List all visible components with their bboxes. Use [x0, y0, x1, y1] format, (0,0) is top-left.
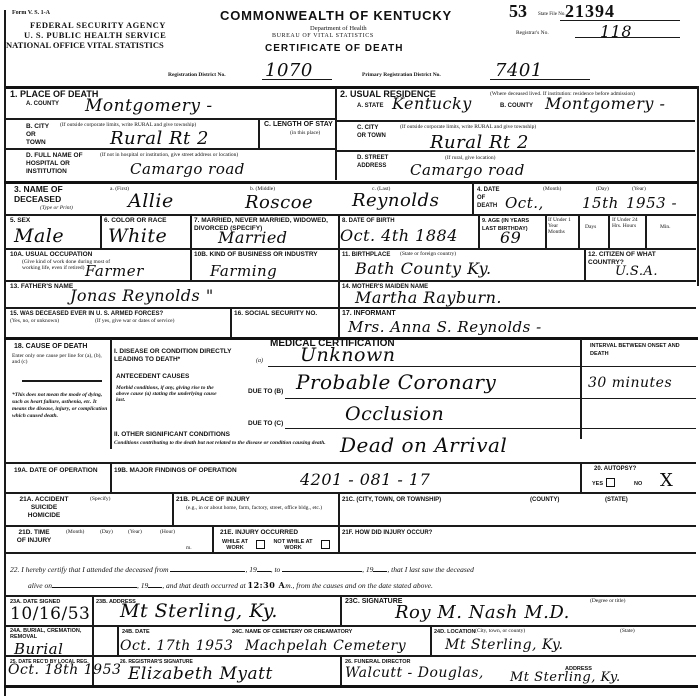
- middle-name[interactable]: Roscoe: [245, 192, 313, 213]
- how-injury-label: 21f. HOW DID INJURY OCCUR?: [342, 529, 432, 537]
- armed-forces-label: 15. WAS DECEASED EVER IN U. S. ARMED FOR…: [10, 310, 163, 318]
- death-city[interactable]: Rural Rt 2: [110, 128, 209, 149]
- age-months-label: If Under 1 Year Months: [548, 217, 574, 235]
- deceased-name-note: (Type or Print): [40, 205, 73, 211]
- state-file-label: State File No.: [538, 12, 566, 17]
- residence-state[interactable]: Kentucky: [392, 94, 472, 113]
- not-while-at-work-label: NOT WHILE AT WORK: [268, 539, 318, 551]
- residence-county-label: b. COUNTY: [500, 102, 533, 110]
- residence-city-note: (If outside corporate limits, write RURA…: [400, 124, 650, 130]
- operation-findings[interactable]: 4201 - 081 - 17: [300, 470, 430, 489]
- death-day-label: (Day): [596, 186, 609, 192]
- marital-status[interactable]: Married: [218, 228, 288, 247]
- injury-meridian: m.: [186, 545, 192, 551]
- race-label: 6. COLOR OR RACE: [104, 217, 166, 225]
- other-conditions[interactable]: Dead on Arrival: [340, 433, 507, 457]
- death-county[interactable]: Montgomery -: [85, 96, 213, 116]
- registrar-no[interactable]: 118: [600, 22, 632, 41]
- primary-district-label: Primary Registration District No.: [362, 72, 441, 78]
- informant-label: 17. INFORMANT: [342, 310, 396, 318]
- injury-time-label: 21d. TIME OF INJURY: [14, 529, 54, 545]
- injury-state-label: (STATE): [605, 496, 628, 504]
- certify-text-1d: , 19: [362, 565, 373, 574]
- first-name-label: a. (First): [110, 186, 129, 192]
- registrar-no-label: Registrar's No.: [516, 30, 549, 36]
- injury-city-label: 21c. (CITY, TOWN, OR TOWNSHIP): [342, 496, 441, 504]
- cause-a[interactable]: Unknown: [300, 344, 395, 366]
- father-label: 13. FATHER'S NAME: [10, 283, 73, 291]
- cemetery-label: 24c. NAME OF CEMETERY OR CREAMATORY: [232, 628, 352, 636]
- cause-of-death-label: 18. CAUSE OF DEATH: [14, 343, 87, 351]
- time-of-death[interactable]: 12:30 A: [248, 580, 286, 590]
- form-number: Form V. S. 1-A: [12, 10, 50, 16]
- injury-type-note: (Specify): [90, 496, 110, 502]
- cause-footnote: *This does not mean the mode of dying, s…: [12, 392, 108, 420]
- autopsy-no-checkbox[interactable]: X: [660, 470, 673, 491]
- not-while-at-work-checkbox[interactable]: [321, 540, 330, 549]
- length-of-stay-label: c. LENGTH OF STAY: [264, 121, 334, 129]
- hospital-label: d. FULL NAME OF HOSPITAL OR INSTITUTION: [26, 152, 106, 176]
- injury-place-label: 21b. PLACE OF INJURY: [176, 496, 250, 504]
- agency-line-3: NATIONAL OFFICE VITAL STATISTICS: [6, 40, 164, 50]
- death-month-label: (Month): [543, 186, 561, 192]
- age-min-label: Min.: [660, 224, 671, 230]
- bureau-line: BUREAU OF VITAL STATISTICS: [272, 33, 374, 39]
- director-address[interactable]: Mt Sterling, Ky.: [510, 670, 621, 685]
- business[interactable]: Farming: [210, 262, 277, 280]
- autopsy-yes-checkbox[interactable]: [606, 478, 615, 487]
- age-days-label: Days: [585, 224, 596, 230]
- cause-b[interactable]: Probable Coronary: [296, 370, 496, 394]
- residence-city-label: c. CITY OR TOWN: [357, 124, 387, 140]
- informant[interactable]: Mrs. Anna S. Reynolds -: [348, 318, 542, 336]
- ssn-label: 16. SOCIAL SECURITY NO.: [234, 310, 334, 318]
- document-title: COMMONWEALTH OF KENTUCKY: [220, 8, 452, 23]
- sex[interactable]: Male: [14, 225, 64, 247]
- mother-name[interactable]: Martha Rayburn.: [355, 288, 502, 307]
- injury-month-label: (Month): [66, 529, 84, 535]
- first-name[interactable]: Allie: [128, 190, 174, 212]
- certificate-title: CERTIFICATE OF DEATH: [265, 43, 404, 54]
- registration-district-label: Registration District No.: [168, 72, 226, 78]
- other-conditions-label: II. OTHER SIGNIFICANT CONDITIONS: [114, 431, 230, 439]
- signature-label: 23c. SIGNATURE: [345, 598, 402, 606]
- residence-street[interactable]: Camargo road: [410, 161, 525, 179]
- department-line: Department of Health: [310, 25, 367, 32]
- physician-signature[interactable]: Roy M. Nash M.D.: [395, 602, 570, 623]
- funeral-director[interactable]: Walcutt - Douglas,: [345, 665, 484, 681]
- residence-county[interactable]: Montgomery -: [545, 94, 665, 113]
- race[interactable]: White: [108, 225, 167, 247]
- injury-type-label: 21a. ACCIDENT SUICIDE HOMICIDE: [14, 496, 74, 520]
- death-day[interactable]: 15th: [582, 194, 619, 212]
- degree-label: (Degree or title): [590, 598, 625, 604]
- certifier-address[interactable]: Mt Sterling, Ky.: [120, 600, 278, 622]
- due-to-c-label: DUE TO (c): [248, 420, 283, 428]
- autopsy-label: 20. AUTOPSY?: [594, 465, 636, 473]
- sex-label: 5. SEX: [10, 217, 30, 225]
- occupation-label: 10a. USUAL OCCUPATION: [10, 251, 92, 259]
- burial-type-label: 24a. BURIAL, CREMATION, REMOVAL: [10, 628, 95, 640]
- certify-text-1: 22. I hereby certify that I attended the…: [10, 565, 169, 574]
- length-of-stay-note: (in this place): [290, 130, 320, 136]
- autopsy-no-label: NO: [634, 480, 642, 488]
- while-at-work-label: WHILE AT WORK: [217, 539, 253, 551]
- due-to-b-label: DUE TO (b): [248, 388, 283, 396]
- death-city-label: b. CITY OR TOWN: [26, 123, 56, 147]
- interval-b[interactable]: 30 minutes: [588, 375, 672, 391]
- hospital[interactable]: Camargo road: [130, 160, 245, 178]
- certify-text-1b: , 19: [245, 565, 256, 574]
- line-a-label: (a): [256, 358, 263, 364]
- age-hours-label: If Under 24 Hrs. Hours: [612, 217, 642, 229]
- location-state-label: (State): [620, 628, 635, 634]
- death-month[interactable]: Oct.,: [505, 194, 544, 212]
- cemetery-name[interactable]: Machpelah Cemetery: [245, 638, 406, 654]
- injury-county-label: (COUNTY): [530, 496, 559, 504]
- injury-year-label: (Year): [128, 529, 142, 535]
- age[interactable]: 69: [500, 228, 521, 247]
- state-file-prefix: 53: [509, 1, 527, 22]
- birthplace[interactable]: Bath County Ky.: [355, 259, 492, 278]
- cause-of-death-note: Enter only one cause per line for (a), (…: [12, 353, 107, 365]
- hospital-note: (If not in hospital or institution, give…: [100, 152, 330, 158]
- operation-findings-label: 19b. MAJOR FINDINGS OF OPERATION: [114, 467, 237, 475]
- residence-state-label: a. STATE: [357, 102, 383, 110]
- certify-text-2d: m., from the causes and on the date stat…: [285, 581, 433, 590]
- agency-line-1: FEDERAL SECURITY AGENCY: [30, 20, 166, 30]
- antecedent-note: Morbid conditions, if any, giving rise t…: [116, 385, 226, 403]
- injury-place-note: (e.g., in or about home, farm, factory, …: [186, 505, 336, 511]
- location-label: 24d. LOCATION: [434, 628, 475, 636]
- interval-label: INTERVAL BETWEEN ONSET AND DEATH: [590, 342, 690, 358]
- certify-text-2a: alive on: [28, 581, 52, 590]
- death-date-label: 4. DATE OF DEATH: [477, 186, 502, 210]
- date-signed[interactable]: 10/16/53: [10, 604, 90, 624]
- birth-date[interactable]: Oct. 4th 1884: [340, 226, 458, 245]
- burial-date-label: 24b. DATE: [122, 628, 150, 636]
- registration-district-no[interactable]: 1070: [265, 60, 313, 81]
- citizenship[interactable]: U.S.A.: [615, 264, 658, 279]
- primary-district-no[interactable]: 7401: [495, 60, 543, 81]
- while-at-work-checkbox[interactable]: [256, 540, 265, 549]
- state-file-number[interactable]: 21394: [565, 1, 615, 22]
- death-county-label: a. COUNTY: [26, 100, 59, 108]
- date-received[interactable]: Oct. 18th 1953: [8, 662, 121, 678]
- birthplace-label: 11. BIRTHPLACE: [342, 251, 390, 259]
- certify-text-1e: , that I last saw the deceased: [387, 565, 473, 574]
- disease-label: I. DISEASE OR CONDITION DIRECTLY LEADING…: [114, 348, 254, 364]
- other-conditions-note: Conditions contributing to the death but…: [114, 440, 334, 446]
- burial-location[interactable]: Mt Sterling, Ky.: [445, 637, 564, 653]
- antecedent-label: ANTECEDENT CAUSES: [116, 373, 189, 381]
- registrar-signature[interactable]: Elizabeth Myatt: [128, 664, 273, 684]
- certify-text-1c: , to: [271, 565, 281, 574]
- death-year[interactable]: 1953 -: [626, 194, 677, 212]
- armed-forces-note-1: (Yes, no, or unknown): [10, 318, 59, 324]
- cause-c[interactable]: Occlusion: [345, 403, 444, 425]
- burial-date[interactable]: Oct. 17th 1953: [120, 638, 233, 654]
- armed-forces-note-2: (If yes, give war or dates of service): [95, 318, 174, 324]
- certify-text-2c: , and that death occurred at: [162, 581, 245, 590]
- occupation[interactable]: Farmer: [85, 262, 144, 280]
- death-year-label: (Year): [632, 186, 646, 192]
- agency-line-2: U. S. PUBLIC HEALTH SERVICE: [24, 30, 166, 40]
- business-label: 10b. KIND OF BUSINESS OR INDUSTRY: [194, 251, 334, 259]
- operation-date-label: 19a. DATE OF OPERATION: [14, 467, 109, 475]
- residence-street-label: d. STREET ADDRESS: [357, 154, 397, 170]
- injury-day-label: (Day): [100, 529, 113, 535]
- injury-occurred-label: 21e. INJURY OCCURRED: [220, 529, 298, 537]
- birth-date-label: 8. DATE OF BIRTH: [342, 217, 395, 225]
- father-name[interactable]: Jonas Reynolds ": [70, 286, 214, 305]
- birthplace-note: (State or foreign country): [400, 251, 456, 257]
- injury-hour-label: (Hour): [160, 529, 175, 535]
- certify-text-2b: , 19: [137, 581, 148, 590]
- autopsy-yes-label: YES: [592, 480, 603, 488]
- deceased-name-label: 3. NAME OF DECEASED: [14, 184, 94, 204]
- location-note: (City, town, or county): [475, 628, 525, 634]
- last-name[interactable]: Reynolds: [352, 190, 439, 211]
